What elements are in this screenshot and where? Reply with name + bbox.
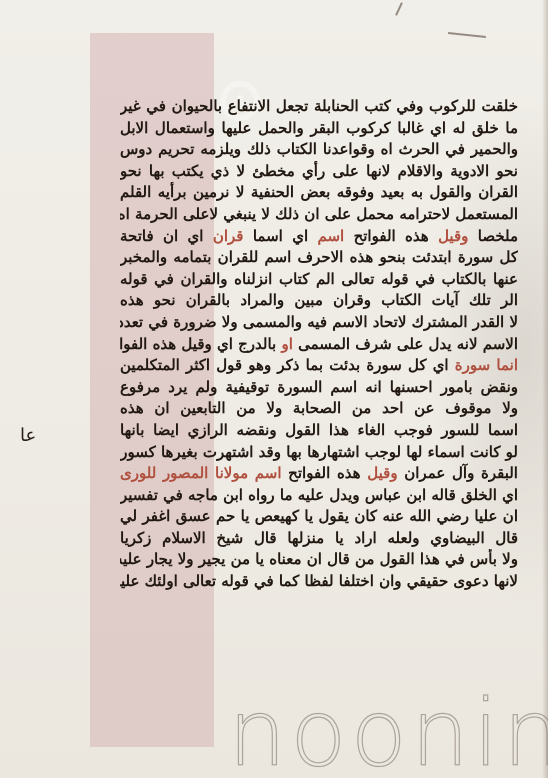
page-edge-shadow [542, 0, 548, 778]
text-line: القران والقول به بعيد وفوقه بعض الحنفية … [120, 182, 518, 204]
text-line: الر تلك آيات الكتاب وقران مبين والمراد ب… [120, 290, 518, 312]
text-line: البقرة وآل عمران وقيل هذه الفواتح اسم مو… [120, 463, 518, 485]
text-line: عنها بالكتاب في قوله تعالى الم كتاب انزل… [120, 269, 518, 291]
rubric-word: قران [213, 227, 244, 245]
text-line: انما سورة اي كل سورة بدئت بما ذكر وهو قو… [120, 355, 518, 377]
ink-stroke [395, 2, 403, 16]
rubric-word: وقيل [438, 227, 468, 245]
manuscript-page: عا خلقت للركوب وفي كتب الحنابلة تجعل الا… [0, 0, 548, 778]
text-line: ولا بأس في هذا القول من قال ان معناه يا … [120, 549, 518, 571]
text-line: المستعمل لاحترامه محمل على ان ذلك لا ينب… [120, 204, 518, 226]
text-line: كل سورة ابتدئت بنحو هذه الاحرف اسم للقرا… [120, 247, 518, 269]
text-line: ملخصا وقيل هذه الفواتح اسم اي اسما قران … [120, 226, 518, 248]
ink-stroke [448, 32, 486, 38]
text-line: قال البيضاوي ولعله اراد يا منزلها قال شي… [120, 528, 518, 550]
text-line: اي الخلق قاله ابن عباس ويدل عليه ما رواه… [120, 485, 518, 507]
text-line: ونقض بامور احسنها انه اسم السورة توقيفية… [120, 377, 518, 399]
manuscript-text-block: خلقت للركوب وفي كتب الحنابلة تجعل الانتف… [120, 96, 518, 593]
rubric-word: انما سورة [455, 356, 518, 374]
text-line: ولا موقوف عن احد من الصحابة ولا من التاب… [120, 398, 518, 420]
rubric-word: وقيل [367, 464, 397, 482]
text-line: والحمير في الحرث اه وقواعدنا الكتاب ذلك … [120, 139, 518, 161]
text-line: لا القدر المشترك لاتحاد الاسم فيه والمسم… [120, 312, 518, 334]
text-line: ما خلق له اي غالبا كركوب البقر والحمل عل… [120, 118, 518, 140]
watermark: noonin [228, 688, 548, 778]
rubric-word: اسم مولانا المصور للورى [120, 464, 282, 482]
text-line: لانها دعوى حقيقي وان اختلفا لفظا كما في … [120, 571, 518, 593]
rubric-word: اسم [317, 227, 344, 245]
text-line: خلقت للركوب وفي كتب الحنابلة تجعل الانتف… [120, 96, 518, 118]
margin-note: عا [20, 425, 36, 446]
rubric-word: او [281, 335, 292, 353]
text-line: نحو الادوية والاقلام لانها على رأي مخطئ … [120, 161, 518, 183]
text-line: لو كانت اسماء لها لوجب اشتهارها بها وقد … [120, 442, 518, 464]
text-line: اسما للسور فوجب الغاء هذا القول ونقضه ال… [120, 420, 518, 442]
text-line: ان عليا رضي الله عنه كان يقول يا كهيعص ي… [120, 506, 518, 528]
text-line: الاسم لانه يدل على شرف المسمى او بالدرج … [120, 334, 518, 356]
